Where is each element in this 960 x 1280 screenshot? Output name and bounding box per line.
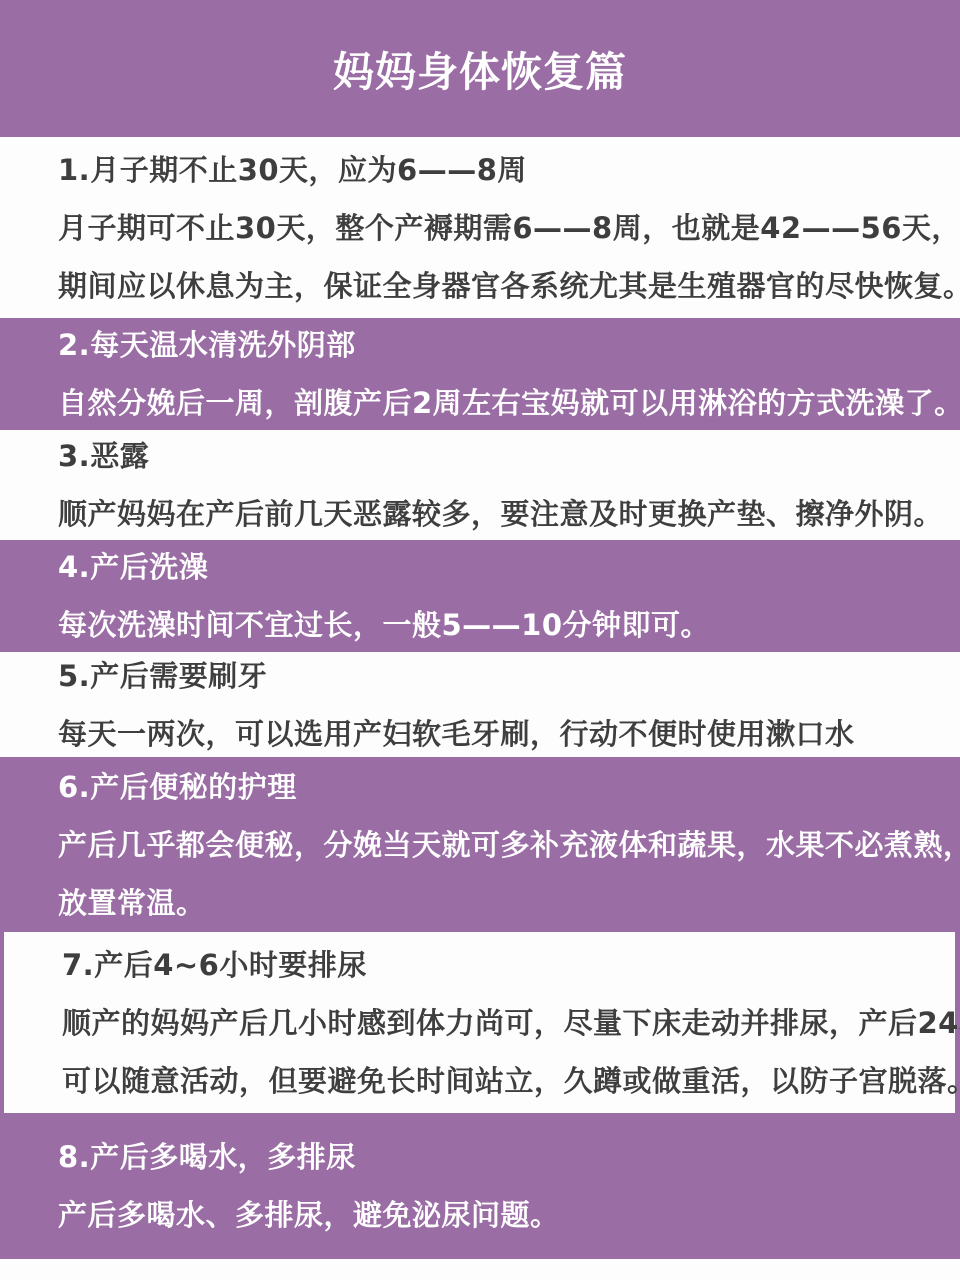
section-3-lochia: 3.恶露 顺产妈妈在产后前几天恶露较多，要注意及时更换产垫、擦净外阴。 [0, 430, 960, 540]
section-1-body-line: 期间应以休息为主，保证全身器官各系统尤其是生殖器官的尽快恢复。 [58, 257, 910, 315]
bottom-margin [0, 1259, 960, 1280]
section-8-drink-more-water: 8.产后多喝水，多排尿 产后多喝水、多排尿，避免泌尿问题。 [0, 1113, 960, 1259]
section-7-urination-timing: 7.产后4~6小时要排尿 顺产的妈妈产后几小时感到体力尚可，尽量下床走动并排尿，… [0, 932, 960, 1113]
section-1-body-line: 月子期可不止30天，整个产褥期需6——8周，也就是42——56天，在这 [58, 199, 910, 257]
section-6-title: 6.产后便秘的护理 [58, 758, 910, 816]
section-3-body-line: 顺产妈妈在产后前几天恶露较多，要注意及时更换产垫、擦净外阴。 [58, 485, 910, 543]
section-8-title: 8.产后多喝水，多排尿 [58, 1128, 910, 1186]
page-title: 妈妈身体恢复篇 [333, 39, 627, 98]
section-4-body-line: 每次洗澡时间不宜过长，一般5——10分钟即可。 [58, 596, 910, 654]
section-2-title: 2.每天温水清洗外阴部 [58, 316, 910, 374]
section-7-body-line: 顺产的妈妈产后几小时感到体力尚可，尽量下床走动并排尿，产后24小时 [62, 994, 905, 1052]
section-6-body-line: 放置常温。 [58, 874, 910, 932]
header-banner: 妈妈身体恢复篇 [0, 0, 960, 137]
section-4-postpartum-bathing: 4.产后洗澡 每次洗澡时间不宜过长，一般5——10分钟即可。 [0, 540, 960, 652]
section-7-title: 7.产后4~6小时要排尿 [62, 936, 905, 994]
section-8-body-line: 产后多喝水、多排尿，避免泌尿问题。 [58, 1186, 910, 1244]
section-4-title: 4.产后洗澡 [58, 538, 910, 596]
section-5-tooth-brushing: 5.产后需要刷牙 每天一两次，可以选用产妇软毛牙刷，行动不便时使用漱口水 [0, 652, 960, 757]
section-1-title: 1.月子期不止30天，应为6——8周 [58, 141, 910, 199]
section-5-title: 5.产后需要刷牙 [58, 647, 910, 705]
section-6-constipation-care: 6.产后便秘的护理 产后几乎都会便秘，分娩当天就可多补充液体和蔬果，水果不必煮熟… [0, 757, 960, 932]
section-2-body-line: 自然分娩后一周，剖腹产后2周左右宝妈就可以用淋浴的方式洗澡了。 [58, 374, 910, 432]
section-6-body-line: 产后几乎都会便秘，分娩当天就可多补充液体和蔬果，水果不必煮熟，但需 [58, 816, 910, 874]
section-5-body-line: 每天一两次，可以选用产妇软毛牙刷，行动不便时使用漱口水 [58, 705, 910, 763]
section-3-title: 3.恶露 [58, 427, 910, 485]
section-1-recovery-period: 1.月子期不止30天，应为6——8周 月子期可不止30天，整个产褥期需6——8周… [0, 137, 960, 318]
section-7-body-line: 可以随意活动，但要避免长时间站立，久蹲或做重活，以防子宫脱落。 [62, 1052, 905, 1110]
section-2-daily-washing: 2.每天温水清洗外阴部 自然分娩后一周，剖腹产后2周左右宝妈就可以用淋浴的方式洗… [0, 318, 960, 430]
